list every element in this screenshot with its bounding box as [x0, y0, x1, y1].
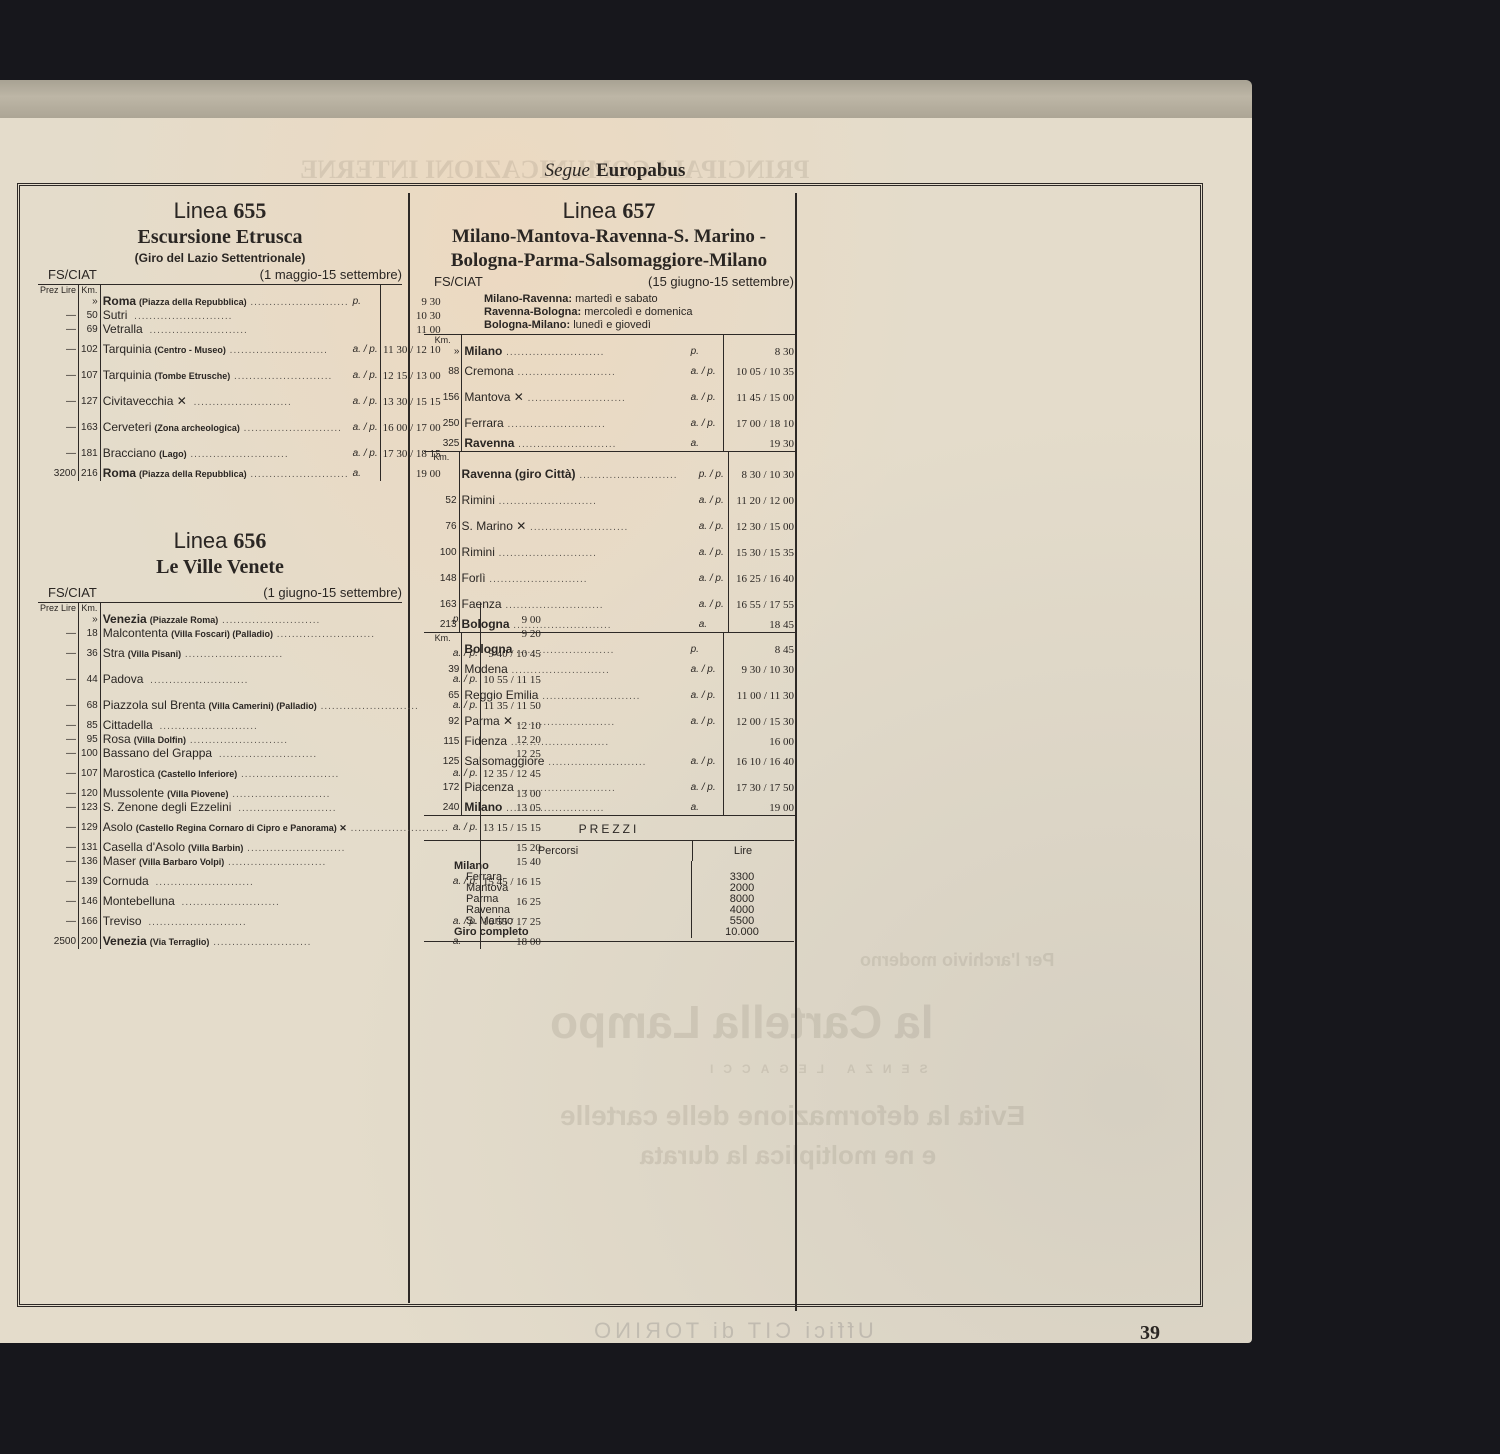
km-cell	[424, 643, 462, 657]
line-655-title: Escursione Etrusca	[38, 226, 402, 249]
leader-dots: ..........................	[486, 574, 588, 585]
stop-name: Piazzola sul Brenta	[103, 698, 206, 712]
table-row: —107Tarquinia(Tombe Etrusche) ..........…	[38, 363, 443, 389]
days-row: Ravenna-Bologna: mercoledì e domenica	[484, 306, 794, 319]
leader-dots: ..........................	[247, 469, 349, 480]
stop-name: Malcontenta	[103, 627, 168, 640]
time-cell: 17 30 / 17 50	[723, 775, 796, 801]
arrival-departure-marker: a.	[689, 801, 723, 816]
table-row: Bologna ..........................p.8 45	[424, 643, 796, 657]
stop-header	[100, 285, 350, 295]
header-spacer	[462, 335, 689, 345]
price-cell: —	[38, 641, 79, 667]
table-row: »Roma(Piazza della Repubblica) .........…	[38, 295, 443, 309]
stop-name: Ravenna (giro Città)	[462, 467, 576, 481]
days-route: Ravenna-Bologna:	[484, 306, 581, 318]
table-row: 172Piacenza ..........................a.…	[424, 775, 796, 801]
line-657-segment-table: Km.Bologna ..........................p.8…	[424, 633, 796, 816]
arrival-departure-marker: a. / p.	[351, 337, 381, 363]
leader-dots: ..........................	[495, 548, 597, 559]
leader-dots: ..........................	[215, 749, 317, 760]
km-cell: 127	[79, 389, 101, 415]
line-656-heading: Linea656	[38, 528, 402, 554]
stop-name: S. Zenone degli Ezzelini	[103, 801, 232, 814]
price-cell: —	[38, 801, 79, 815]
stop-cell: Milano ..........................	[462, 345, 689, 359]
km-cell	[424, 462, 459, 488]
linea-label: Linea	[174, 528, 228, 553]
arrival-departure-marker: a. / p.	[689, 385, 723, 411]
stop-note: (Piazza della Repubblica)	[139, 469, 247, 479]
stop-cell: Piazzola sul Brenta(Villa Camerini) (Pal…	[100, 693, 451, 719]
leader-dots: ..........................	[240, 423, 342, 434]
km-cell: 100	[79, 747, 101, 761]
time-cell: 11 20 / 12 00	[729, 488, 796, 514]
stop-name: Venezia	[103, 935, 147, 948]
time-cell: 16 10 / 16 40	[723, 749, 796, 775]
price-cell: —	[38, 909, 79, 935]
stop-cell: Milano ..........................	[462, 801, 689, 816]
stop-cell: Parma ✕ ..........................	[462, 709, 689, 735]
days-route: Milano-Ravenna:	[484, 293, 572, 305]
arrival-departure-marker: a. / p.	[351, 441, 381, 467]
days-when: lunedì e giovedì	[573, 319, 651, 331]
km-cell: 172	[424, 775, 462, 801]
km-cell: 120	[79, 787, 101, 801]
price-cell: —	[38, 667, 79, 693]
arrival-departure-marker: a. / p.	[351, 415, 381, 441]
operator: FS/CIAT	[434, 274, 483, 289]
arrival-departure-marker: p.	[351, 295, 381, 309]
stop-cell: Bologna ..........................	[459, 618, 697, 633]
leader-dots: ..........................	[510, 620, 612, 631]
leader-dots: ..........................	[544, 757, 646, 768]
stop-note: (Castello Inferiore)	[158, 769, 238, 779]
stop-name: Bassano del Grappa	[103, 747, 212, 760]
leader-dots: ..........................	[317, 701, 419, 712]
stop-name: Bologna	[464, 643, 512, 656]
stop-cell: Casella d'Asolo(Villa Barbin) ..........…	[100, 841, 451, 855]
line-657-section: Linea657 Milano-Mantova-Ravenna-S. Marin…	[424, 198, 794, 942]
time-cell: 11 45 / 15 00	[723, 385, 796, 411]
km-cell: 69	[79, 323, 101, 337]
table-row: 88Cremona ..........................a. /…	[424, 359, 796, 385]
stop-cell: Marostica(Castello Inferiore) ..........…	[100, 761, 451, 787]
stop-name: Casella d'Asolo	[103, 841, 185, 854]
prices-route-header: Percorsi	[424, 841, 693, 861]
price-cell: —	[38, 733, 79, 747]
stop-note: (Tombe Etrusche)	[154, 371, 230, 381]
km-cell: 200	[79, 935, 101, 949]
stop-cell: Bracciano(Lago) ........................…	[100, 441, 350, 467]
arrival-departure-marker: p.	[689, 643, 723, 657]
stop-cell: Montebelluna ..........................	[100, 895, 451, 909]
stop-cell: Padova ..........................	[100, 667, 451, 693]
prices-destination: Mantova	[424, 883, 692, 894]
arrival-departure-marker	[351, 309, 381, 323]
stop-note: (Castello Regina Cornaro di Cipro e Pano…	[136, 823, 347, 833]
time-cell: 8 30	[723, 345, 796, 359]
stop-cell: Ferrara ..........................	[462, 411, 689, 437]
prices-header-row: Percorsi Lire	[424, 841, 794, 861]
km-cell: 65	[424, 683, 462, 709]
line-656-title: Le Ville Venete	[38, 556, 402, 579]
stop-name: Treviso	[103, 914, 142, 928]
time-cell: 17 00 / 18 10	[723, 411, 796, 437]
stop-note: (Villa Barbin)	[188, 843, 243, 853]
leader-dots: ..........................	[526, 522, 628, 533]
leader-dots: ..........................	[181, 649, 283, 660]
stop-cell: Tarquinia(Tombe Etrusche) ..............…	[100, 363, 350, 389]
km-cell: 123	[79, 801, 101, 815]
leader-dots: ..........................	[230, 371, 332, 382]
km-cell: 125	[424, 749, 462, 775]
price-cell	[38, 613, 79, 627]
table-row: —127Civitavecchia ✕ ....................…	[38, 389, 443, 415]
stop-note: (Zona archeologica)	[154, 423, 240, 433]
leader-dots: ..........................	[156, 721, 258, 732]
line-number: 655	[233, 198, 266, 223]
arrival-departure-marker: a. / p.	[689, 683, 723, 709]
line-655-section: Linea655 Escursione Etrusca (Giro del La…	[38, 198, 402, 481]
leader-dots: ..........................	[538, 691, 640, 702]
stop-cell: Rimini ..........................	[459, 488, 697, 514]
running-head-prefix: Segue	[545, 160, 590, 181]
stop-name: Reggio Emilia	[464, 688, 538, 702]
leader-dots: ..........................	[190, 397, 292, 408]
line-655-timetable: Prez Lire Km. »Roma(Piazza della Repubbl…	[38, 285, 443, 481]
stop-cell: Cerveteri(Zona archeologica) ...........…	[100, 415, 350, 441]
prices-destination: Ravenna	[424, 905, 692, 916]
stop-name: Cornuda	[103, 874, 149, 888]
line-657-segment-table: Km.Ravenna (giro Città) ................…	[424, 452, 796, 633]
leader-dots: ..........................	[502, 600, 604, 611]
stop-name: Mantova ✕	[464, 390, 523, 404]
km-cell: 95	[79, 733, 101, 747]
arrival-departure-marker: a. / p.	[697, 592, 729, 618]
table-row: —69Vetralla ..........................11…	[38, 323, 443, 337]
km-cell: 139	[79, 869, 101, 895]
time-cell: 19 00	[723, 801, 796, 816]
stop-note: (Villa Camerini) (Palladio)	[208, 701, 316, 711]
operator: FS/CIAT	[48, 585, 97, 600]
table-row: 240Milano ..........................a.19…	[424, 801, 796, 816]
leader-dots: ..........................	[513, 717, 615, 728]
arrival-departure-marker: a.	[697, 618, 729, 633]
header-spacer	[729, 452, 796, 462]
km-cell: 181	[79, 441, 101, 467]
stop-cell: Forlì ..........................	[459, 566, 697, 592]
stop-header	[100, 603, 451, 613]
stop-name: Milano	[464, 345, 502, 358]
line-657-title-2: Bologna-Parma-Salsomaggiore-Milano	[424, 250, 794, 272]
leader-dots: ..........................	[495, 496, 597, 507]
stop-cell: Sutri ..........................	[100, 309, 350, 323]
arrival-departure-marker: a.	[351, 467, 381, 481]
table-row: —181Bracciano(Lago) ....................…	[38, 441, 443, 467]
arrival-departure-marker: a. / p.	[697, 514, 729, 540]
leader-dots: ..........................	[576, 470, 678, 481]
stop-cell: Piacenza ..........................	[462, 775, 689, 801]
km-cell: 92	[424, 709, 462, 735]
table-row: 148Forlì ..........................a. / …	[424, 566, 796, 592]
table-row: 65Reggio Emilia ........................…	[424, 683, 796, 709]
price-cell: —	[38, 855, 79, 869]
price-cell: —	[38, 323, 79, 337]
time-cell: 16 55 / 17 55	[729, 592, 796, 618]
price-header: Prez Lire	[38, 603, 79, 613]
leader-dots: ..........................	[226, 345, 328, 356]
km-cell: 129	[79, 815, 101, 841]
stop-cell: Roma(Piazza della Repubblica) ..........…	[100, 467, 350, 481]
stop-name: Rimini	[462, 493, 495, 507]
stop-name: Padova	[103, 672, 144, 686]
stop-cell: Roma(Piazza della Repubblica) ..........…	[100, 295, 350, 309]
prices-destination: Ferrara	[424, 872, 692, 883]
leader-dots: ..........................	[514, 367, 616, 378]
km-header: Km.	[424, 335, 462, 345]
table-row: 250Ferrara ..........................a. …	[424, 411, 796, 437]
prices-total-label: Giro completo	[424, 927, 692, 938]
time-cell: 12 00 / 15 30	[723, 709, 796, 735]
stop-name: Venezia	[103, 613, 147, 626]
line-657-meta: FS/CIAT (15 giugno-15 settembre)	[434, 274, 794, 289]
km-cell: 166	[79, 909, 101, 935]
stop-note: (Via Terraglio)	[150, 937, 210, 947]
header-spacer	[689, 335, 723, 345]
arrival-departure-marker	[351, 323, 381, 337]
time-cell: 11 00 / 11 30	[723, 683, 796, 709]
leader-dots: ..........................	[504, 419, 606, 430]
ap-header	[351, 285, 381, 295]
time-cell: 16 25 / 16 40	[729, 566, 796, 592]
stop-name: Parma ✕	[464, 714, 513, 728]
arrival-departure-marker: a. / p.	[689, 709, 723, 735]
stop-name: Roma	[103, 467, 136, 480]
stop-cell: Cornuda ..........................	[100, 869, 451, 895]
stop-cell: Salsomaggiore ..........................	[462, 749, 689, 775]
stop-name: Roma	[103, 295, 136, 308]
period: (1 maggio-15 settembre)	[260, 267, 402, 282]
arrival-departure-marker: a. / p.	[351, 389, 381, 415]
stop-cell: Stra(Villa Pisani) .....................…	[100, 641, 451, 667]
prices-rows: Ferrara3300Mantova2000Parma8000Ravenna40…	[424, 872, 794, 927]
stop-note: (Villa Pisani)	[128, 649, 181, 659]
price-cell: 2500	[38, 935, 79, 949]
stop-cell: Cremona ..........................	[462, 359, 689, 385]
km-cell: »	[79, 613, 101, 627]
time-cell: 16 00	[723, 735, 796, 749]
stop-name: Montebelluna	[103, 895, 175, 908]
line-657-heading: Linea657	[424, 198, 794, 224]
stop-name: Rosa	[103, 733, 131, 746]
km-header: Km.	[424, 452, 459, 462]
time-cell: 8 30 / 10 30	[729, 462, 796, 488]
km-cell: 136	[79, 855, 101, 869]
stop-name: Ferrara	[464, 416, 503, 430]
time-cell: 10 05 / 10 35	[723, 359, 796, 385]
line-657-timetables: Km.»Milano ..........................p.8…	[424, 335, 794, 816]
stop-note: (Lago)	[159, 449, 187, 459]
stop-name: Maser	[103, 855, 136, 868]
line-656-section: Linea656 Le Ville Venete FS/CIAT (1 giug…	[38, 528, 402, 949]
leader-dots: ..........................	[186, 735, 288, 746]
km-cell: 216	[79, 467, 101, 481]
line-655-meta: FS/CIAT (1 maggio-15 settembre)	[48, 267, 402, 282]
km-cell: 88	[424, 359, 462, 385]
km-cell: 148	[424, 566, 459, 592]
price-cell: 3200	[38, 467, 79, 481]
price-header: Prez Lire	[38, 285, 79, 295]
leader-dots: ..........................	[224, 857, 326, 868]
km-cell: 156	[424, 385, 462, 411]
prices-title: PREZZI	[424, 822, 794, 836]
leader-dots: ..........................	[152, 877, 254, 888]
line-number: 657	[622, 198, 655, 223]
stop-name: Marostica	[103, 766, 155, 780]
time-cell: 19 30	[723, 437, 796, 452]
period: (15 giugno-15 settembre)	[648, 274, 794, 289]
days-row: Bologna-Milano: lunedì e giovedì	[484, 319, 794, 332]
km-cell: 100	[424, 540, 459, 566]
stop-note: (Villa Piovene)	[167, 789, 228, 799]
stop-cell: Bologna ..........................	[462, 643, 689, 657]
table-row: 115Fidenza ..........................16 …	[424, 735, 796, 749]
running-head: SegueEuropabus	[0, 160, 1230, 182]
header-spacer	[723, 335, 796, 345]
km-cell: 68	[79, 693, 101, 719]
arrival-departure-marker	[689, 735, 723, 749]
price-cell: —	[38, 415, 79, 441]
operator: FS/CIAT	[48, 267, 97, 282]
leader-dots: ..........................	[273, 629, 375, 640]
stop-note: (Piazzale Roma)	[150, 615, 219, 625]
leader-dots: ..........................	[218, 615, 320, 626]
km-cell: 85	[79, 719, 101, 733]
time-cell: 15 30 / 15 35	[729, 540, 796, 566]
table-row: 92Parma ✕ ..........................a. /…	[424, 709, 796, 735]
arrival-departure-marker: a. / p.	[689, 657, 723, 683]
km-cell: 18	[79, 627, 101, 641]
km-cell: 102	[79, 337, 101, 363]
stop-cell: Treviso ..........................	[100, 909, 451, 935]
km-cell: 76	[424, 514, 459, 540]
stop-name: Cerveteri	[103, 420, 152, 434]
table-header-row: Prez Lire Km.	[38, 285, 443, 295]
price-cell: —	[38, 693, 79, 719]
header-spacer	[459, 452, 697, 462]
time-cell: 8 45	[723, 643, 796, 657]
stop-name: Sutri	[103, 309, 128, 322]
leader-dots: ..........................	[228, 789, 330, 800]
prices-total-value: 10.000	[692, 927, 792, 938]
km-cell: 107	[79, 363, 101, 389]
km-cell: »	[79, 295, 101, 309]
stop-cell: Mussolente(Villa Piovene) ..............…	[100, 787, 451, 801]
page-number: 39	[1140, 1322, 1160, 1345]
leader-dots: ..........................	[243, 843, 345, 854]
stop-cell: Modena ..........................	[462, 657, 689, 683]
stop-note: (Centro - Museo)	[154, 345, 226, 355]
km-cell: 107	[79, 761, 101, 787]
price-cell: —	[38, 627, 79, 641]
leader-dots: ..........................	[514, 439, 616, 450]
stop-cell: Asolo(Castello Regina Cornaro di Cipro e…	[100, 815, 451, 841]
km-header: Km.	[79, 285, 101, 295]
km-cell: 44	[79, 667, 101, 693]
arrival-departure-marker: a. / p.	[689, 359, 723, 385]
prices-origin: Milano	[424, 861, 692, 872]
linea-label: Linea	[563, 198, 617, 223]
table-row: 163Faenza ..........................a. /…	[424, 592, 796, 618]
leader-dots: ..........................	[209, 937, 311, 948]
leader-dots: ..........................	[237, 769, 339, 780]
header-spacer	[723, 633, 796, 643]
stop-cell: Ravenna (giro Città) ...................…	[459, 462, 697, 488]
leader-dots: ..........................	[145, 917, 247, 928]
stop-note: (Villa Foscari) (Palladio)	[171, 629, 273, 639]
price-cell: —	[38, 441, 79, 467]
stop-cell: S. Zenone degli Ezzelini ...............…	[100, 801, 451, 815]
days-row: Milano-Ravenna: martedì e sabato	[484, 293, 794, 306]
table-row: 39Modena ..........................a. / …	[424, 657, 796, 683]
table-header-row: Km.	[424, 335, 796, 345]
stop-name: Tarquinia	[103, 342, 152, 356]
table-row: 100Rimini ..........................a. /…	[424, 540, 796, 566]
line-number: 656	[233, 528, 266, 553]
price-cell: —	[38, 787, 79, 801]
stop-cell: S. Marino ✕ ..........................	[459, 514, 697, 540]
arrival-departure-marker: a.	[689, 437, 723, 452]
km-cell: 39	[424, 657, 462, 683]
stop-cell: Faenza ..........................	[459, 592, 697, 618]
arrival-departure-marker: a. / p.	[697, 488, 729, 514]
stop-name: Salsomaggiore	[464, 754, 544, 768]
stop-cell: Malcontenta(Villa Foscari) (Palladio) ..…	[100, 627, 451, 641]
arrival-departure-marker: a. / p.	[689, 775, 723, 801]
stop-name: Faenza	[462, 597, 502, 611]
time-cell: 18 45	[729, 618, 796, 633]
km-cell: 146	[79, 895, 101, 909]
table-row: 156Mantova ✕ ..........................a…	[424, 385, 796, 411]
stop-name: Piacenza	[464, 780, 513, 794]
stop-name: Mussolente	[103, 787, 164, 800]
prices-destination: Parma	[424, 894, 692, 905]
days-route: Bologna-Milano:	[484, 319, 570, 331]
leader-dots: ..........................	[146, 675, 248, 686]
table-row: —50Sutri ..........................10 30	[38, 309, 443, 323]
table-row: Ravenna (giro Città) ...................…	[424, 462, 796, 488]
leader-dots: ..........................	[508, 665, 610, 676]
line-655-heading: Linea655	[38, 198, 402, 224]
stop-cell: Venezia(Via Terraglio) .................…	[100, 935, 451, 949]
price-cell: —	[38, 761, 79, 787]
km-cell: 325	[424, 437, 462, 452]
period: (1 giugno-15 settembre)	[263, 585, 402, 600]
line-656-meta: FS/CIAT (1 giugno-15 settembre)	[48, 585, 402, 600]
price-cell: —	[38, 337, 79, 363]
stop-name: Cittadella	[103, 719, 153, 732]
price-cell: —	[38, 719, 79, 733]
table-header-row: Km.	[424, 633, 796, 643]
table-row: 325Ravenna ..........................a.1…	[424, 437, 796, 452]
arrival-departure-marker: p.	[689, 345, 723, 359]
leader-dots: ..........................	[524, 393, 626, 404]
leader-dots: ..........................	[514, 783, 616, 794]
price-cell: —	[38, 747, 79, 761]
km-cell: 163	[424, 592, 459, 618]
stop-cell: Cittadella ..........................	[100, 719, 451, 733]
